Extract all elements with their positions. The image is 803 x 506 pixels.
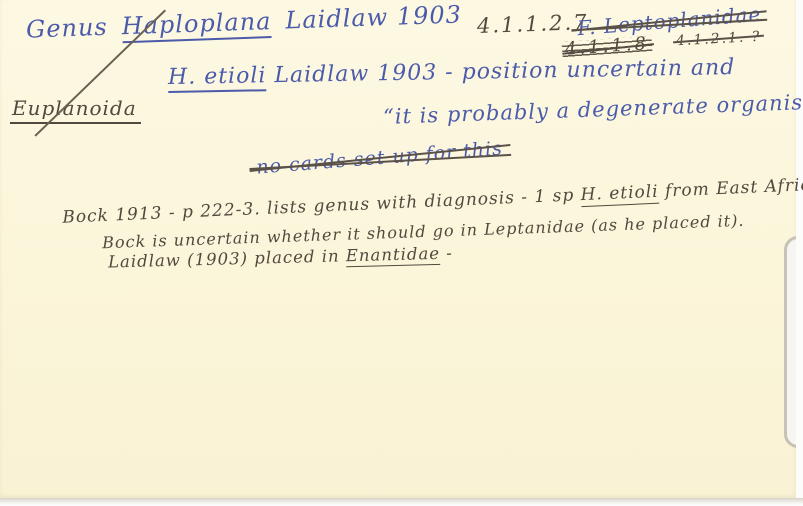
- scanned-index-card-photo: GenusHaploplanaLaidlaw 1903 4.1.1.2.7 F.…: [0, 0, 803, 506]
- photo-right-margin: [796, 0, 803, 498]
- laidlaw-suffix: -: [440, 243, 453, 262]
- species-abbrev: H. etioli: [168, 63, 267, 93]
- margin-note-text: Euplanoida: [10, 96, 141, 124]
- laidlaw-family: Enantidae: [346, 244, 441, 267]
- genus-label: Genus: [26, 13, 109, 44]
- index-number: 4.1.1.2.7: [477, 10, 589, 38]
- margin-note-order: Euplanoida: [10, 96, 141, 120]
- bock-species: H. etioli: [580, 182, 659, 207]
- card-bottom-edge: [0, 498, 803, 506]
- genus-name: Haploplana: [121, 7, 272, 43]
